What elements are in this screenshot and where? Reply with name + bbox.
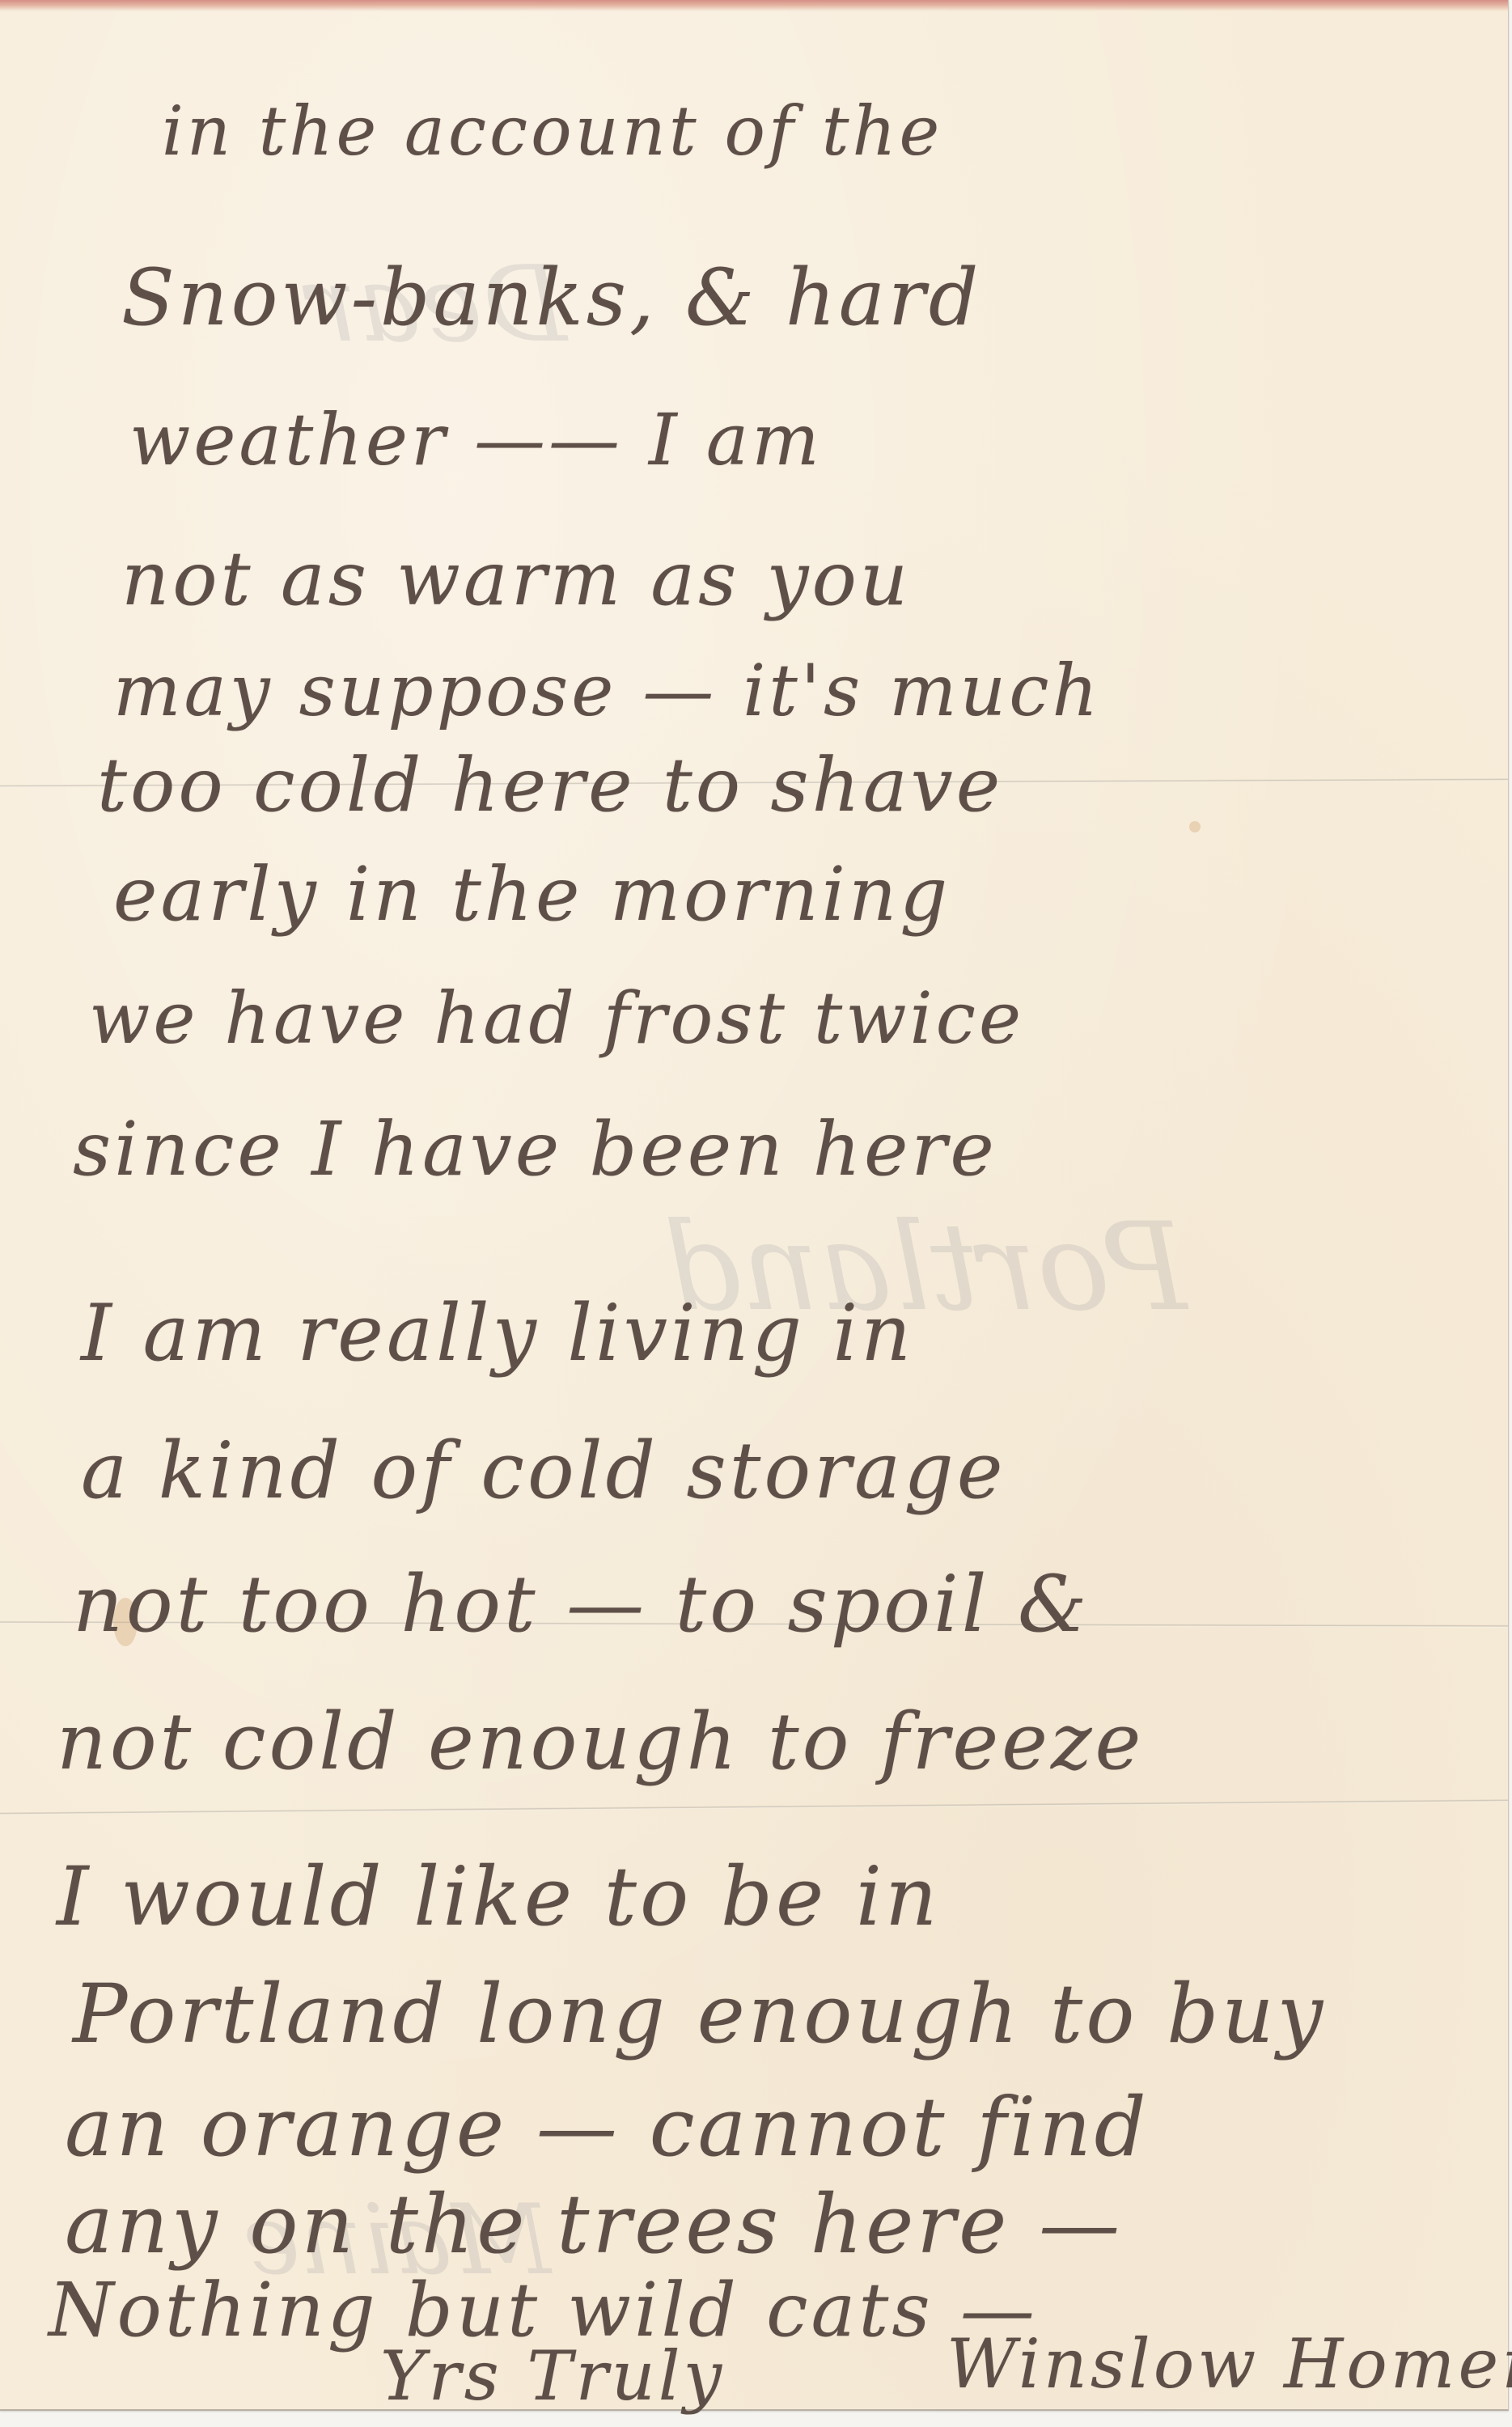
letter-line: Snow-banks, & hard <box>121 259 981 337</box>
letter-line: early in the morning <box>113 858 951 932</box>
letter-line: not too hot — to spoil & <box>73 1565 1090 1643</box>
letter-line: in the account of the <box>162 97 942 165</box>
signature: Winslow Homer <box>947 2330 1512 2398</box>
letter-line: Portland long enough to buy <box>73 1974 1326 2055</box>
closing-salutation: Yrs Truly <box>380 2342 725 2410</box>
letter-line: too cold here to shave <box>97 748 1003 823</box>
letter-line: since I have been here <box>73 1112 997 1187</box>
letter-line: an orange — cannot find <box>65 2087 1150 2168</box>
letter-line: I would like to be in <box>57 1857 940 1938</box>
letter-line: weather —— I am <box>129 404 823 476</box>
letter-line: may suppose — it's much <box>113 655 1101 726</box>
letter-line: I am really living in <box>81 1294 914 1372</box>
letter-paper: Dear Portland Maine in the account of th… <box>0 0 1509 2411</box>
fold-line <box>0 1799 1508 1815</box>
paper-top-edge <box>0 0 1508 11</box>
letter-line: any on the trees here — <box>65 2184 1123 2265</box>
paper-stain <box>1189 821 1201 832</box>
scanned-letter-page: Dear Portland Maine in the account of th… <box>0 0 1512 2427</box>
letter-line: not cold enough to freeze <box>57 1703 1144 1781</box>
letter-line: a kind of cold storage <box>81 1432 1006 1510</box>
letter-line: not as warm as you <box>121 542 911 616</box>
letter-line: we have had frost twice <box>89 983 1024 1054</box>
